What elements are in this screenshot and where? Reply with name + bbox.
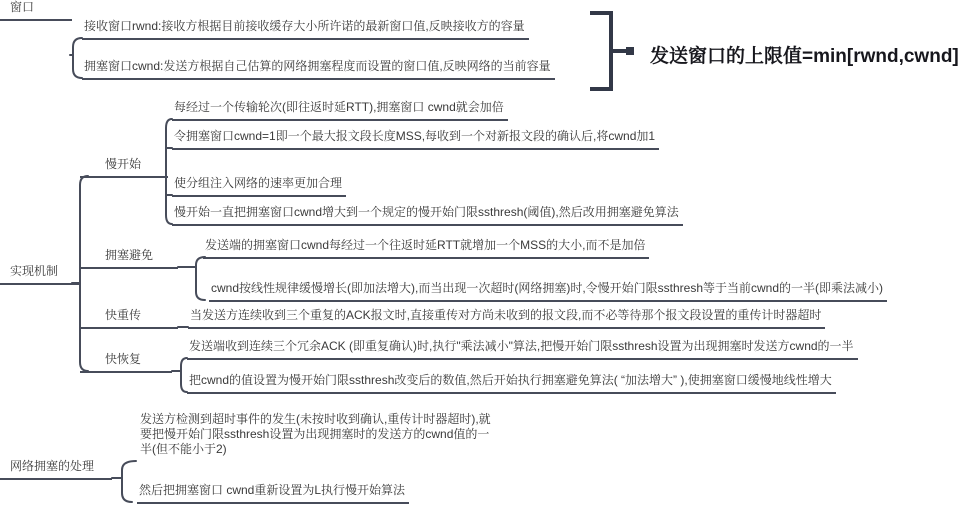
handling-point-timeout[interactable]: 发送方检测到超时事件的发生(未按时收到确认,重传计时器超时),就要把慢开始门限s… bbox=[140, 412, 496, 457]
slow-start-point-rtt-double[interactable]: 每经过一个传输轮次(即往返时延RTT),拥塞窗口 cwnd就会加倍 bbox=[172, 100, 508, 121]
avoidance-point-mss-increase[interactable]: 发送端的拥塞窗口cwnd每经过一个往返时延RTT就增加一个MSS的大小,而不是加… bbox=[203, 238, 649, 259]
recovery-point-additive-increase[interactable]: 把cwnd的值设置为慢开始门限ssthresh改变后的数值,然后开始执行拥塞避免… bbox=[187, 373, 836, 394]
window-children-connector bbox=[73, 38, 82, 78]
slow-start-point-rate-reasonable[interactable]: 使分组注入网络的速率更加合理 bbox=[172, 176, 346, 197]
slow-start-point-ssthresh[interactable]: 慢开始一直把拥塞窗口cwnd增大到一个规定的慢开始门限ssthresh(阈值),… bbox=[172, 205, 683, 226]
recovery-point-multiplicative-decrease[interactable]: 发送端收到连续三个冗余ACK (即重复确认)时,执行"乘法减小"算法,把慢开始门… bbox=[187, 339, 858, 360]
slow-start-point-cwnd-init[interactable]: 令拥塞窗口cwnd=1即一个最大报文段长度MSS,每收到一个对新报文段的确认后,… bbox=[172, 129, 659, 150]
topic-cwnd-definition[interactable]: 拥塞窗口cwnd:发送方根据自己估算的网络拥塞程度而设置的窗口值,反映网络的当前… bbox=[82, 59, 555, 80]
topic-fast-recovery[interactable]: 快恢复 bbox=[80, 352, 172, 373]
summary-bracket-tick bbox=[626, 47, 634, 55]
send-window-upper-limit-summary[interactable]: 发送窗口的上限值=min[rwnd,cwnd] bbox=[650, 41, 959, 68]
fast-retransmit-point[interactable]: 当发送方连续收到三个重复的ACK报文时,直接重传对方尚未收到的报文段,而不必等待… bbox=[188, 308, 825, 329]
handling-point-reset-cwnd[interactable]: 然后把拥塞窗口 cwnd重新设置为L执行慢开始算法 bbox=[137, 483, 409, 504]
mindmap-canvas: 窗口 接收窗口rwnd:接收方根据目前接收缓存大小所许诺的最新窗口值,反映接收方… bbox=[0, 0, 969, 510]
handling-children-connector bbox=[122, 461, 136, 502]
topic-congestion-handling[interactable]: 网络拥塞的处理 bbox=[0, 459, 112, 480]
topic-rwnd-definition[interactable]: 接收窗口rwnd:接收方根据目前接收缓存大小所许诺的最新窗口值,反映接收方的容量 bbox=[82, 19, 529, 40]
topic-congestion-avoidance[interactable]: 拥塞避免 bbox=[80, 248, 178, 269]
mechanism-spine bbox=[80, 176, 88, 371]
avoidance-children-connector bbox=[196, 257, 205, 300]
summary-bracket bbox=[590, 13, 628, 89]
topic-window[interactable]: 窗口 bbox=[0, 0, 72, 21]
topic-slow-start[interactable]: 慢开始 bbox=[80, 157, 168, 178]
topic-fast-retransmit[interactable]: 快重传 bbox=[80, 308, 178, 329]
topic-mechanism[interactable]: 实现机制 bbox=[0, 264, 80, 285]
avoidance-point-linear-growth[interactable]: cwnd按线性规律缓慢增长(即加法增大),而当出现一次超时(网络拥塞)时,令慢开… bbox=[209, 281, 887, 302]
